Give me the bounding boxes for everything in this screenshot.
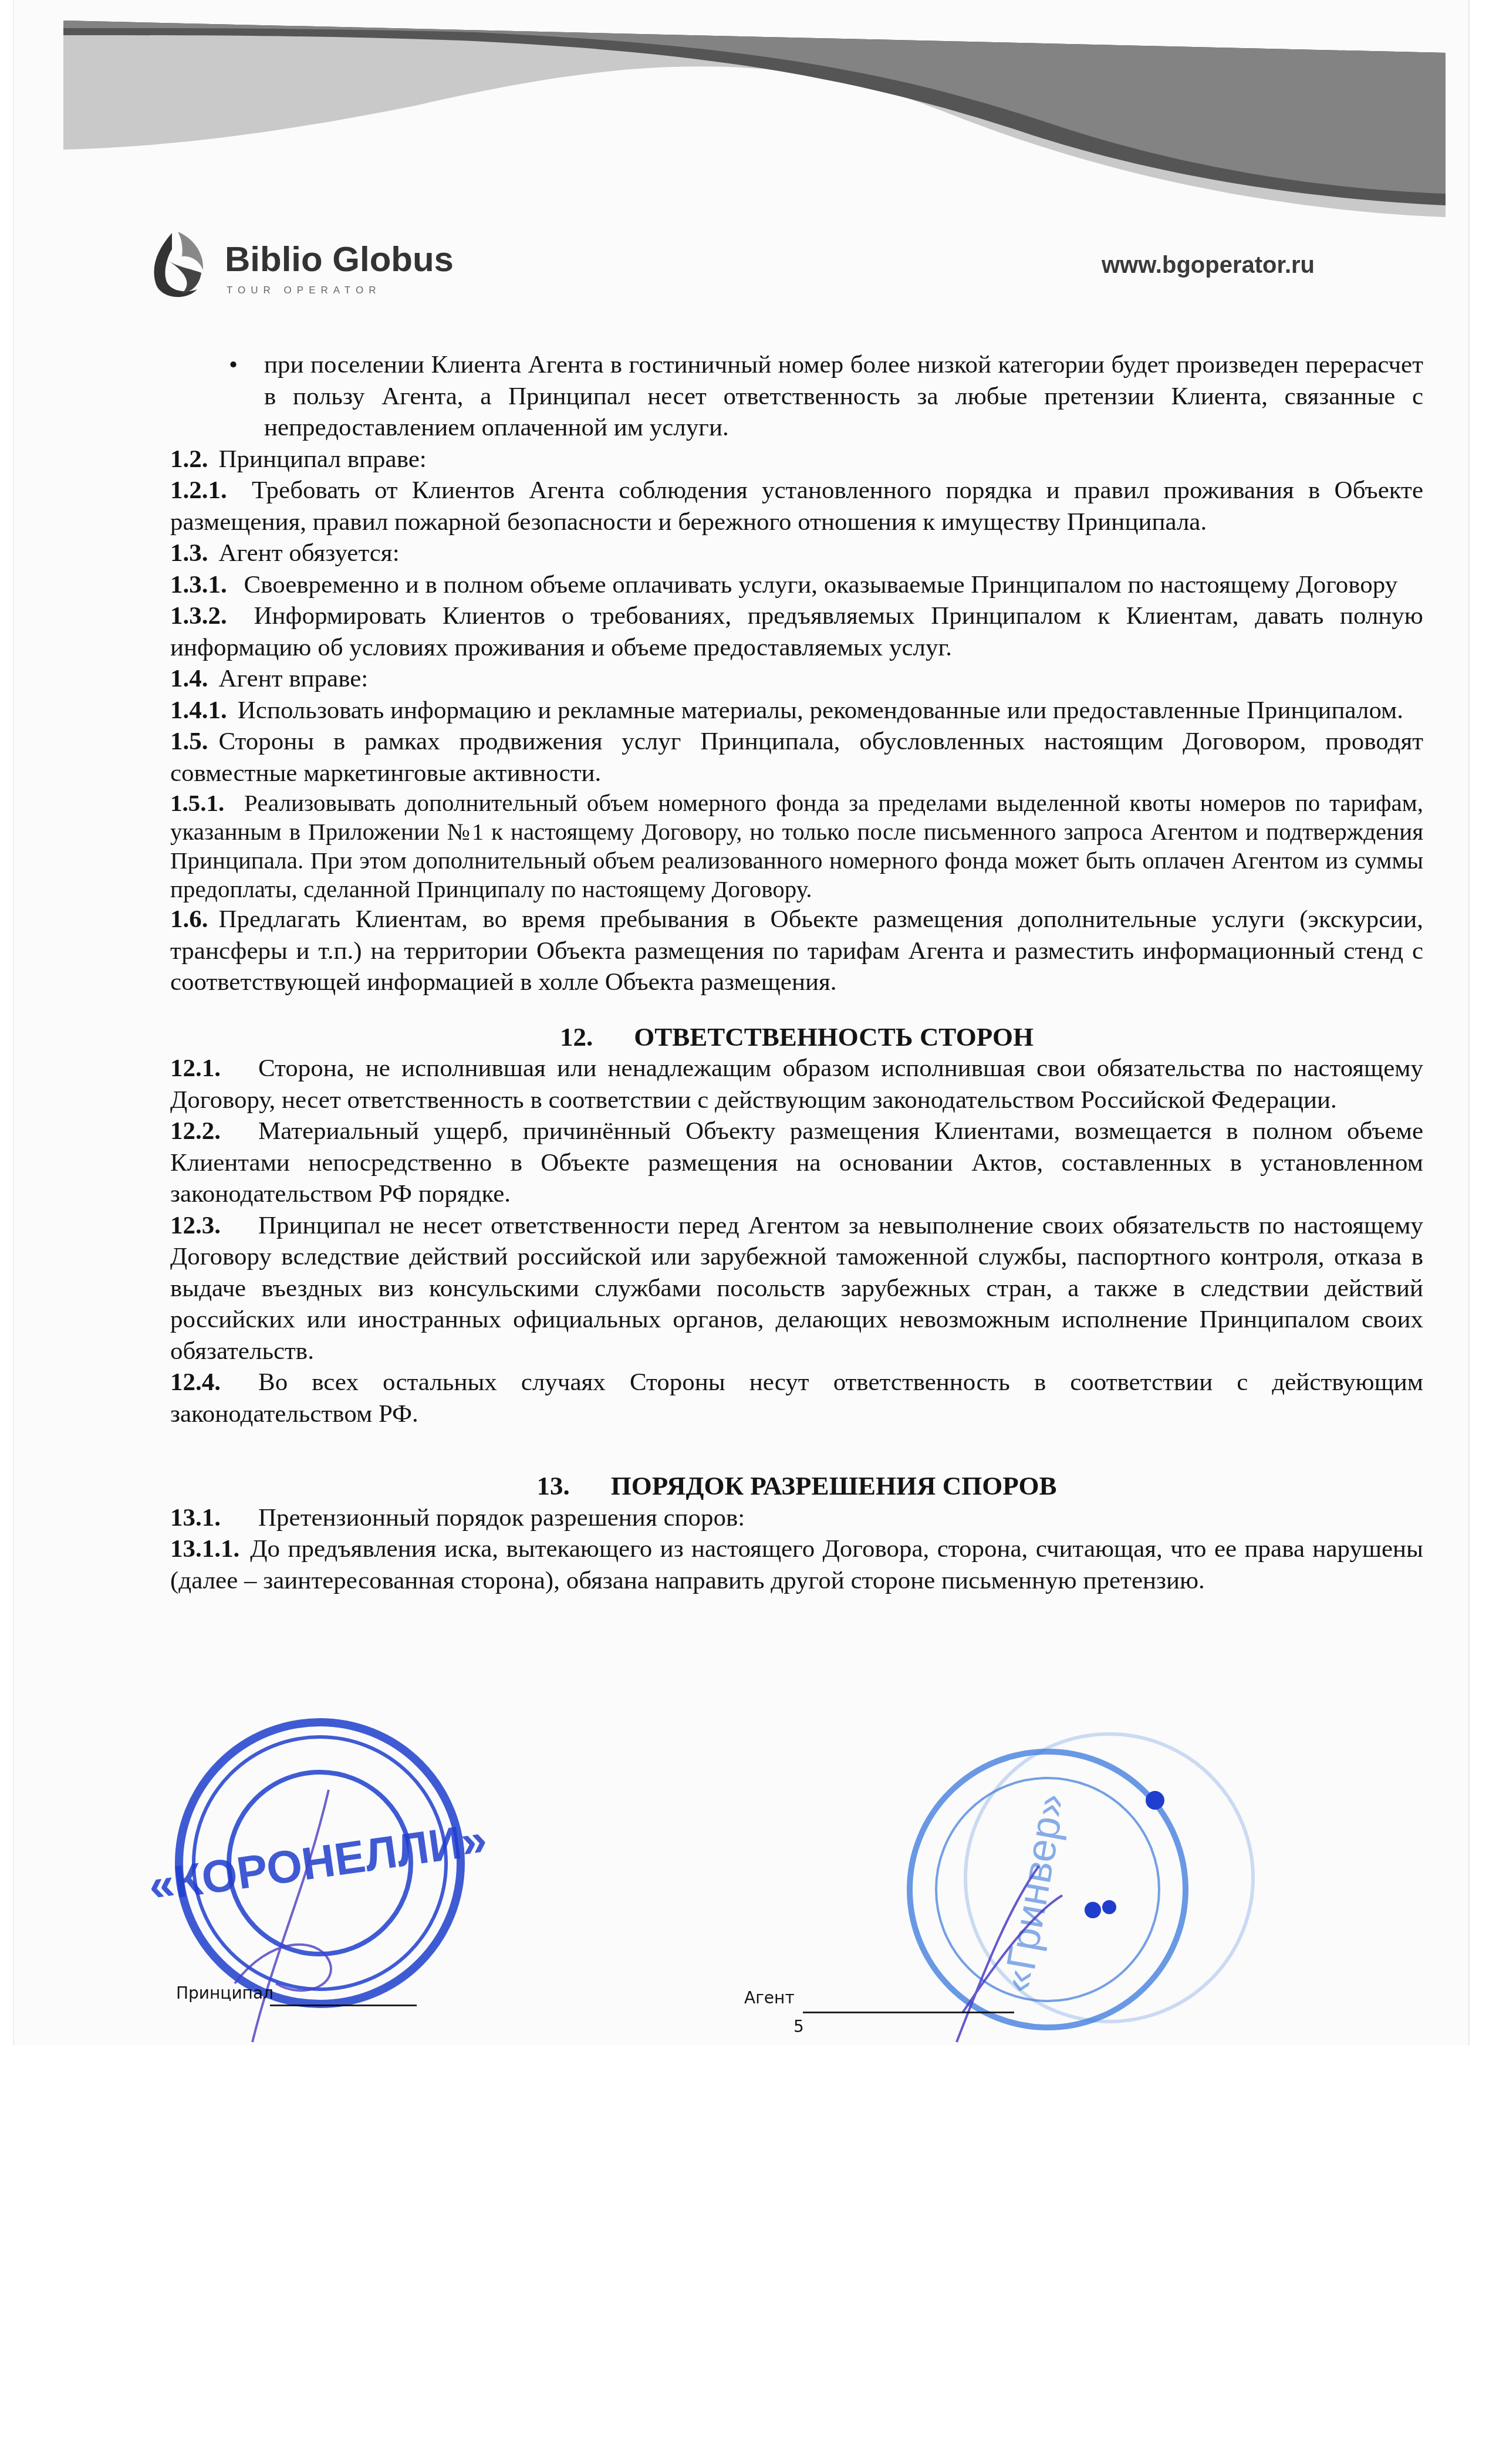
section-number: 13.: [536, 1471, 569, 1500]
clause-text: Во всех остальных случаях Стороны несут …: [170, 1368, 1423, 1428]
clause-text: Принципал не несет ответственности перед…: [170, 1212, 1423, 1365]
clause-text: Предлагать Клиентам, во время пребывания…: [170, 905, 1423, 996]
clause-13-1: 13.1.Претензионный порядок разрешения сп…: [170, 1502, 1423, 1534]
clause-12-3: 12.3.Принципал не несет ответственности …: [170, 1210, 1423, 1367]
clause-number: 1.5.: [170, 728, 208, 755]
clause-12-2: 12.2.Материальный ущерб, причинённый Объ…: [170, 1116, 1423, 1210]
section-title: ПОРЯДОК РАЗРЕШЕНИЯ СПОРОВ: [611, 1471, 1057, 1500]
section-12-heading: 12.ОТВЕТСТВЕННОСТЬ СТОРОН: [170, 1022, 1423, 1053]
clause-13-1-1: 13.1.1.До предъявления иска, вытекающего…: [170, 1533, 1423, 1596]
clause-1-5: 1.5.Стороны в рамках продвижения услуг П…: [170, 726, 1423, 789]
clause-1-2: 1.2.Принципал вправе:: [170, 444, 1423, 475]
clause-1-4: 1.4.Агент вправе:: [170, 663, 1423, 695]
clause-number: 1.6.: [170, 905, 208, 933]
signature-footer: Принципал Агент: [176, 1983, 1056, 2042]
clause-text: Информировать Клиентов о требованиях, пр…: [170, 602, 1423, 661]
clause-text: Стороны в рамках продвижения услуг Принц…: [170, 728, 1423, 787]
section-13-heading: 13.ПОРЯДОК РАЗРЕШЕНИЯ СПОРОВ: [170, 1471, 1423, 1502]
biblio-globus-logo-icon: [146, 226, 210, 302]
biblio-globus-logo: Biblio Globus TOUR OPERATOR: [146, 226, 474, 302]
clause-12-1: 12.1.Сторона, не исполнившая или ненадле…: [170, 1053, 1423, 1116]
clause-text: Сторона, не исполнившая или ненадлежащим…: [170, 1054, 1423, 1114]
clause-number: 13.1.1.: [170, 1535, 239, 1563]
clause-number: 13.1.: [170, 1502, 258, 1534]
clause-text: Использовать информацию и рекламные мате…: [238, 697, 1403, 724]
clause-number: 12.4.: [170, 1367, 258, 1398]
brand-name: Biblio Globus: [225, 239, 454, 279]
clause-number: 12.3.: [170, 1210, 258, 1242]
clause-number: 1.3.: [170, 539, 208, 567]
clause-1-3-1: 1.3.1. Своевременно и в полном объеме оп…: [170, 569, 1423, 601]
clause-1-2-1: 1.2.1. Требовать от Клиентов Агента собл…: [170, 475, 1423, 538]
clause-text: До предъявления иска, вытекающего из нас…: [170, 1535, 1423, 1594]
principal-signature-line: [270, 2005, 417, 2006]
clause-1-3: 1.3.Агент обязуется:: [170, 538, 1423, 569]
clause-1-3-2: 1.3.2. Информировать Клиентов о требован…: [170, 600, 1423, 663]
website-url: www.bgoperator.ru: [1102, 252, 1315, 279]
section-title: ОТВЕТСТВЕННОСТЬ СТОРОН: [634, 1022, 1034, 1052]
clause-text: Принципал вправе:: [219, 445, 427, 473]
clause-text: Реализовывать дополнительный объем номер…: [170, 789, 1423, 903]
clause-number: 1.2.: [170, 445, 208, 473]
clause-text: Агент вправе:: [219, 665, 369, 692]
clause-number: 1.4.1.: [170, 697, 227, 724]
brand-tagline: TOUR OPERATOR: [227, 285, 381, 296]
clause-text: Материальный ущерб, причинённый Объекту …: [170, 1117, 1423, 1208]
bullet-icon: •: [229, 349, 238, 381]
clause-text: Агент обязуется:: [219, 539, 400, 567]
clause-text: Своевременно и в полном объеме оплачиват…: [244, 571, 1398, 599]
section-number: 12.: [560, 1022, 593, 1052]
clause-number: 12.2.: [170, 1116, 258, 1147]
clause-1-4-1: 1.4.1.Использовать информацию и рекламны…: [170, 695, 1423, 726]
agent-label: Агент: [744, 1988, 795, 2007]
clause-number: 1.2.1.: [170, 476, 227, 504]
principal-label: Принципал: [176, 1983, 273, 2003]
clause-1-5-1: 1.5.1. Реализовывать дополнительный объе…: [170, 789, 1423, 904]
clause-number: 1.5.1.: [170, 789, 224, 816]
agent-signature-line: [803, 2012, 1014, 2013]
clause-number: 12.1.: [170, 1053, 258, 1084]
clause-text: Претензионный порядок разрешения споров:: [258, 1504, 745, 1532]
clause-number: 1.4.: [170, 665, 208, 692]
clause-number: 1.3.1.: [170, 571, 227, 599]
bullet-item: • при поселении Клиента Агента в гостини…: [170, 349, 1423, 444]
bullet-text: при поселении Клиента Агента в гостиничн…: [264, 351, 1423, 441]
clause-text: Требовать от Клиентов Агента соблюдения …: [170, 476, 1423, 536]
page-number: 5: [793, 2017, 804, 2036]
contract-body: • при поселении Клиента Агента в гостини…: [170, 349, 1423, 1596]
clause-number: 1.3.2.: [170, 602, 227, 630]
clause-1-6: 1.6.Предлагать Клиентам, во время пребыв…: [170, 904, 1423, 998]
header-wave-banner: [63, 18, 1446, 217]
clause-12-4: 12.4.Во всех остальных случаях Стороны н…: [170, 1367, 1423, 1429]
